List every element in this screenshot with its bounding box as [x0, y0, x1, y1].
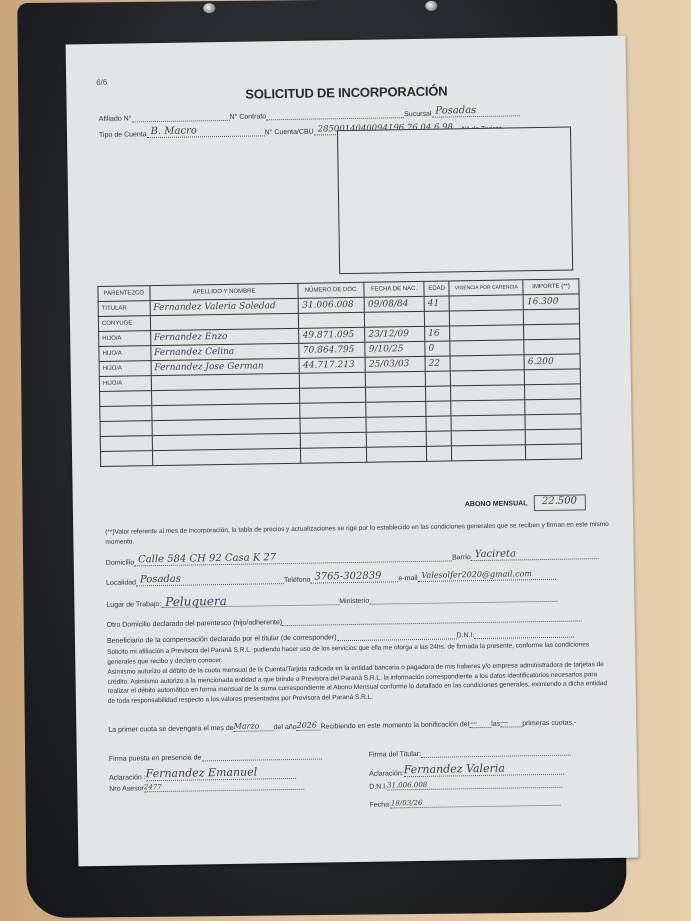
localidad-row: Localidad Posadas Teléfono 3765-302839 e…	[106, 568, 614, 587]
cell-doc[interactable]	[300, 387, 366, 403]
cuota-prefix: La primer cuota se devengara el mes de	[108, 725, 233, 734]
aclaracion-asesor-value[interactable]: Fernandez Emanuel	[146, 765, 296, 781]
aclaracion-titular-field[interactable]: Aclaración: Fernandez Valeria	[369, 761, 564, 778]
cell-edad[interactable]: 0	[425, 341, 451, 356]
abono-value[interactable]: 22.500	[533, 494, 585, 511]
members-body: TITULARFernandez Valeria Soledad31.006.0…	[98, 294, 582, 467]
cell-edad[interactable]: 41	[424, 296, 450, 311]
cell-vigencia[interactable]	[451, 370, 525, 386]
beneficiario-dni-label: D.N.I.	[456, 632, 474, 639]
cell-importe[interactable]	[524, 339, 580, 355]
cell-fecha[interactable]	[366, 416, 426, 432]
barrio-value[interactable]: Yacireta	[471, 548, 599, 561]
fecha-value[interactable]: 18/03/26	[391, 797, 561, 809]
bonificacion-value[interactable]: —	[469, 718, 491, 728]
domicilio-row: Domicilio Calle 584 CH 92 Casa K 27 Barr…	[106, 548, 614, 567]
terms-paragraph-2: Asimismo autorizo el débito de la cuota …	[107, 660, 614, 706]
cuota-row: La primer cuota se devengara el mes de M…	[108, 716, 616, 734]
page-number: 6/6	[96, 78, 107, 87]
cuota-mes-value[interactable]: Marzo	[234, 721, 274, 732]
cell-edad[interactable]	[426, 386, 452, 401]
trabajo-value[interactable]: Peluquera	[161, 594, 339, 608]
header-row-1: Afiliado N° N° Contrato Sucursal Posadas	[99, 104, 607, 123]
localidad-field[interactable]: Localidad Posadas	[106, 573, 284, 587]
cell-fecha[interactable]	[366, 386, 426, 402]
asesor-field[interactable]: Nro Asesor 2477	[109, 781, 304, 793]
email-label: e-mail	[398, 575, 417, 582]
las-label: las	[491, 721, 500, 728]
cell-parentezco	[100, 406, 152, 422]
aclaracion-titular-value[interactable]: Fernandez Valeria	[404, 761, 564, 778]
tipo-cuenta-label: Tipo de Cuenta	[99, 131, 147, 139]
cell-doc[interactable]: 70.864.795	[299, 342, 365, 358]
col-importe: IMPORTE (**)	[523, 279, 579, 295]
telefono-field[interactable]: Teléfono 3765-302839	[284, 571, 399, 584]
col-vigencia: VIGENCIA POR CARENCIA	[449, 280, 523, 296]
cell-importe[interactable]	[526, 444, 582, 460]
cell-fecha[interactable]	[367, 431, 427, 447]
contrato-label: N° Contrato	[229, 113, 266, 121]
afiliado-field[interactable]: Afiliado N°	[99, 114, 230, 123]
cuenta-cbu-label: N° Cuenta/CBU	[265, 129, 314, 137]
cell-fecha[interactable]	[367, 446, 427, 462]
afiliado-label: Afiliado N°	[99, 115, 132, 123]
localidad-value[interactable]: Posadas	[136, 573, 284, 586]
las-value[interactable]: —	[500, 717, 522, 727]
cell-fecha[interactable]: 25/03/03	[365, 356, 425, 372]
cell-importe[interactable]	[524, 324, 580, 340]
cell-edad[interactable]	[426, 431, 452, 446]
cell-fecha[interactable]	[365, 311, 425, 327]
bonificacion-label: Recibiendo en este momento la bonificaci…	[321, 721, 470, 730]
tipo-cuenta-value[interactable]: B. Macro	[146, 125, 264, 138]
dni-titular-field[interactable]: D.N.I. 31.006.008	[369, 779, 562, 791]
otro-domicilio-field[interactable]: Otro Domicilio declarado del parentesco …	[107, 614, 583, 628]
ministerio-field[interactable]: Ministerio	[339, 595, 557, 605]
form-title: SOLICITUD DE INCORPORACIÓN	[66, 81, 626, 105]
barrio-field[interactable]: Barrio Yacireta	[452, 548, 599, 561]
cell-doc[interactable]	[301, 432, 367, 448]
cell-importe[interactable]	[524, 309, 580, 325]
otro-domicilio-row: Otro Domicilio declarado del parentesco …	[107, 614, 615, 629]
cell-fecha[interactable]: 9/10/25	[365, 341, 425, 357]
cell-importe[interactable]: 16.300	[523, 294, 579, 310]
dni-titular-value[interactable]: 31.006.008	[387, 779, 562, 791]
cell-importe[interactable]	[525, 384, 581, 400]
footnote: (**)Valor referente al mes de incorporac…	[105, 520, 611, 547]
cell-edad[interactable]: 16	[425, 326, 451, 341]
barrio-label: Barrio	[452, 554, 471, 561]
cuota-anio-label: del año	[274, 724, 297, 731]
cell-parentezco: TITULAR	[98, 301, 150, 317]
primeras-label: primeras cuotas.-	[522, 720, 576, 728]
cell-fecha[interactable]	[366, 371, 426, 387]
cell-parentezco	[100, 451, 152, 467]
aclaracion-asesor-label: Aclaración :	[109, 774, 146, 782]
beneficiario-dni-value[interactable]	[474, 637, 574, 640]
cell-doc[interactable]: 49.871.095	[299, 327, 365, 343]
trabajo-row: Lugar de Trabajo: Peluquera Ministerio	[106, 590, 614, 609]
email-field[interactable]: e-mail Valesolfer2020@gmail.com	[398, 569, 555, 582]
cell-edad[interactable]: 22	[425, 356, 451, 371]
cell-edad[interactable]	[425, 371, 451, 386]
cell-doc[interactable]: 31.006.008	[299, 297, 365, 313]
cell-parentezco	[100, 391, 152, 407]
firma-presencia-field[interactable]: Firma puesta en presencia de	[109, 749, 322, 763]
trabajo-label: Lugar de Trabajo:	[106, 601, 161, 609]
domicilio-value[interactable]: Calle 584 CH 92 Casa K 27	[134, 550, 452, 566]
cell-doc[interactable]	[300, 402, 366, 418]
dni-titular-label: D.N.I.	[369, 783, 387, 790]
cell-doc[interactable]	[299, 312, 365, 328]
contrato-field[interactable]: N° Contrato	[229, 111, 404, 121]
cell-fecha[interactable]: 23/12/09	[365, 326, 425, 342]
sucursal-value[interactable]: Posadas	[431, 105, 519, 117]
application-form: 6/6 SOLICITUD DE INCORPORACIÓN Afiliado …	[66, 36, 639, 867]
aclaracion-asesor-field[interactable]: Aclaración : Fernandez Emanuel	[109, 765, 296, 782]
col-fecha: FECHA DE NAC.	[364, 281, 424, 297]
cell-doc[interactable]: 44.717.213	[300, 357, 366, 373]
cell-doc[interactable]	[301, 447, 367, 463]
localidad-label: Localidad	[106, 579, 136, 586]
ministerio-label: Ministerio	[339, 598, 369, 605]
col-edad: EDAD	[424, 281, 450, 296]
firma-presencia-signature[interactable]	[201, 749, 321, 762]
otro-domicilio-label: Otro Domicilio declarado del parentesco …	[107, 619, 283, 629]
cell-importe[interactable]	[525, 414, 581, 430]
cell-vigencia[interactable]	[451, 400, 525, 416]
email-value[interactable]: Valesolfer2020@gmail.com	[417, 569, 555, 582]
contrato-value[interactable]	[266, 117, 404, 120]
col-doc: NÚMERO DE DOC.	[298, 282, 364, 298]
fecha-field[interactable]: Fecha: 18/03/26	[369, 797, 561, 809]
tipo-cuenta-field[interactable]: Tipo de Cuenta B. Macro	[99, 125, 265, 139]
cell-parentezco: HIJO/A	[99, 346, 151, 362]
asesor-value[interactable]: 2477	[144, 781, 304, 793]
cell-nombre[interactable]	[152, 448, 301, 465]
beneficiario-dni-field[interactable]: D.N.I.	[456, 631, 574, 640]
col-parentezco: PARENTEZCO	[98, 286, 150, 302]
cell-vigencia[interactable]	[450, 355, 524, 371]
cell-vigencia[interactable]	[452, 430, 526, 446]
cell-doc[interactable]	[300, 372, 366, 388]
trabajo-field[interactable]: Lugar de Trabajo: Peluquera	[106, 594, 339, 609]
cell-importe[interactable]	[525, 369, 581, 385]
sucursal-field[interactable]: Sucursal Posadas	[404, 105, 519, 118]
cell-parentezco: CONYUGE	[98, 316, 150, 332]
firma-titular-label: Firma del Titular:	[369, 751, 421, 759]
firma-presencia-label: Firma puesta en presencia de	[109, 754, 202, 762]
cell-parentezco	[100, 436, 152, 452]
cell-vigencia[interactable]	[449, 295, 523, 311]
cell-parentezco: HIJO/A	[99, 376, 151, 392]
cell-vigencia[interactable]	[450, 325, 524, 341]
aclaracion-titular-label: Aclaración:	[369, 770, 404, 778]
otro-domicilio-value[interactable]	[282, 620, 582, 626]
cell-edad[interactable]	[424, 311, 450, 326]
cell-vigencia[interactable]	[450, 310, 524, 326]
firma-titular-field[interactable]: Firma del Titular:	[369, 745, 571, 759]
cell-edad[interactable]	[426, 446, 452, 461]
cell-vigencia[interactable]	[452, 445, 526, 461]
cell-doc[interactable]	[300, 417, 366, 433]
fecha-label: Fecha:	[370, 801, 392, 808]
cuota-anio-value[interactable]: 2026	[296, 721, 320, 731]
cell-vigencia[interactable]	[451, 415, 525, 431]
cell-parentezco	[100, 421, 152, 437]
cell-edad[interactable]	[426, 416, 452, 431]
cell-fecha[interactable]	[366, 401, 426, 417]
beneficiario-value[interactable]	[337, 638, 457, 641]
rivet-icon	[425, 1, 437, 11]
cell-parentezco: HIJO/A	[99, 361, 151, 377]
cell-vigencia[interactable]	[450, 340, 524, 356]
afiliado-value[interactable]	[132, 120, 230, 123]
beneficiario-label: Beneficiario de la compensación declarad…	[107, 634, 337, 645]
abono-label: ABONO MENSUAL	[465, 500, 528, 508]
cell-fecha[interactable]: 09/08/84	[364, 296, 424, 312]
cell-parentezco: HIJO/A	[99, 331, 151, 347]
telefono-value[interactable]: 3765-302839	[310, 571, 398, 583]
firma-titular-signature[interactable]	[421, 745, 571, 758]
photo-box	[337, 127, 573, 275]
cell-importe[interactable]	[525, 429, 581, 445]
abono-mensual: ABONO MENSUAL 22.500	[465, 494, 586, 512]
domicilio-field[interactable]: Domicilio Calle 584 CH 92 Casa K 27	[106, 550, 453, 566]
domicilio-label: Domicilio	[106, 559, 135, 566]
ministerio-value[interactable]	[369, 601, 557, 605]
sucursal-label: Sucursal	[404, 111, 431, 118]
cell-vigencia[interactable]	[451, 385, 525, 401]
cell-importe[interactable]: 6.200	[524, 354, 580, 370]
asesor-label: Nro Asesor	[109, 785, 144, 793]
rivet-icon	[203, 3, 215, 13]
members-table: PARENTEZCO APELLIDO Y NOMBRE NÚMERO DE D…	[97, 278, 582, 467]
cell-edad[interactable]	[426, 401, 452, 416]
telefono-label: Teléfono	[284, 577, 311, 584]
cell-importe[interactable]	[525, 399, 581, 415]
